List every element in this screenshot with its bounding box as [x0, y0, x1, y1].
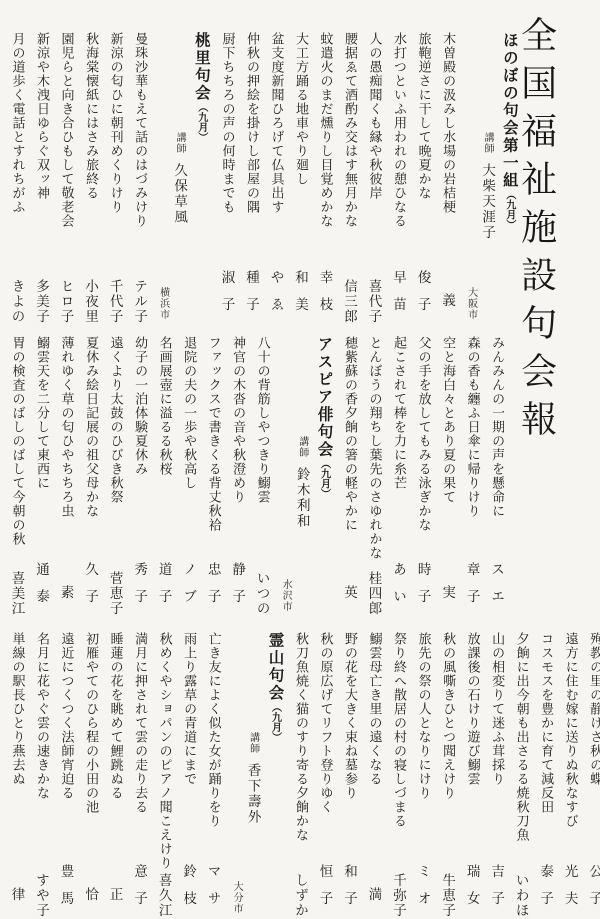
haiku-text: 鰯雲母亡き里の遠くなる [366, 632, 382, 786]
haiku-text: 初雁やてのひら程の小田の池 [83, 632, 99, 814]
section-month: （九月） [269, 702, 280, 742]
section-title: 桃里句会（九月） [192, 32, 210, 324]
lecturer-name: 香下壽外 [246, 754, 261, 825]
haiku-author: しずか [292, 873, 308, 918]
haiku-column: コスモスを豊かに育て減反田泰子 [538, 632, 554, 918]
haiku-text: 秋めくやショパンのピアノ聞こえけり [156, 632, 172, 870]
haiku-author: 瑞女 [464, 864, 480, 918]
haiku-text: 旅先の祭の人となりにけり [415, 632, 431, 800]
haiku-author: ヒロ子 [58, 279, 74, 324]
section-city: 水沢市 [280, 336, 292, 616]
title-column: 全国福祉施設句会報 [472, 0, 600, 618]
section-month: （九月） [319, 459, 330, 499]
haiku-author: 豊馬 [58, 864, 74, 918]
haiku-text: 仲秋の押絵を掛けし部屋の隅 [243, 32, 259, 214]
haiku-column: 木曽殿の汲みし水場の岩桔梗義 [440, 32, 456, 324]
haiku-column: 盆支度新聞ひろげて仏具出すやゑ [268, 32, 284, 324]
page-title: 全国福祉施設句会報 [514, 0, 557, 618]
haiku-text: 月の道歩く電話とすれちがふ [9, 32, 25, 214]
haiku-text: 腰据ゑて酒酌み交はす無月かな [342, 32, 358, 228]
haiku-text: 満月に押されて雲の走り去る [132, 632, 148, 814]
haiku-author: いわほ [513, 873, 529, 918]
haiku-author: 公子 [587, 864, 600, 918]
haiku-text: 遠近につくつく法師宵迫る [58, 632, 74, 800]
haiku-text: 大工方踊る地車やり廻し [292, 32, 308, 186]
section-month: （九月） [196, 102, 207, 142]
haiku-text: 鰯雲天を二分して東西に [34, 336, 50, 490]
haiku-column: とんぼうの翔ちし葉先のさゆれかな桂四郎 [366, 336, 382, 616]
haiku-text: 薄れゆく草の匂ひやちちろ虫 [58, 336, 74, 518]
haiku-text: 秋海棠懐紙にはさみ旅終る [83, 32, 99, 200]
haiku-column: 名画展壺に溢るる秋桜道子 [156, 336, 172, 616]
haiku-author: あい [391, 562, 407, 616]
top-region: ほのぼの句会第一組（九月）講師大柴天涯子大阪市木曽殿の汲みし水場の岩桔梗義旅鞄逆… [0, 0, 600, 618]
haiku-author: 久子 [83, 562, 99, 616]
haiku-author: 牛恵子 [440, 873, 456, 918]
haiku-author: 俊子 [415, 270, 431, 324]
haiku-author: 英 [342, 585, 358, 599]
haiku-author: やゑ [268, 270, 284, 324]
haiku-text: 水打つといふ用われの憩ひなる [391, 32, 407, 228]
haiku-text: 旅鞄逆さに干して晩夏かな [415, 32, 431, 200]
haiku-author: ミオ [415, 864, 431, 918]
haiku-text: 雨上り露草の青道にまで [181, 632, 197, 786]
haiku-author: 恒子 [317, 864, 333, 918]
haiku-text: 秋刀魚焼く猫のすり寄る夕餉かな [292, 632, 308, 842]
bulletin-page: ほのぼの句会第一組（九月）講師大柴天涯子大阪市木曽殿の汲みし水場の岩桔梗義旅鞄逆… [0, 0, 600, 919]
haiku-text: 神官の木沓の音や秋澄めり [230, 336, 246, 504]
haiku-text: 夏休み絵日記展の祖父母かな [83, 336, 99, 518]
haiku-text: 遠方に住む嫁に送りぬ秋なすび [562, 632, 578, 828]
haiku-text: 空と海白々とあり夏の果て [440, 336, 456, 504]
haiku-author: 時子 [415, 562, 431, 616]
haiku-author: 千弥子 [391, 873, 407, 918]
lecturer-label: 講師 [174, 132, 185, 154]
haiku-column: 秋の原広げてリフト登りゆく恒子 [317, 632, 333, 918]
haiku-column: 鰯雲天を二分して東西に通泰 [34, 336, 50, 616]
haiku-column: 遠くより太鼓のひびき秋祭菅恵子 [107, 336, 123, 616]
haiku-column: 秋めくやショパンのピアノ聞こえけり喜久江 [156, 632, 172, 918]
lecturer-line: 講師鈴木利和 [294, 336, 310, 616]
haiku-text: 胃の検査のばしのばして今朝の秋 [9, 336, 25, 546]
haiku-author: 種子 [243, 270, 259, 324]
haiku-author: 意子 [132, 864, 148, 918]
haiku-author: 秀子 [132, 562, 148, 616]
haiku-author: 忠子 [205, 562, 221, 616]
haiku-text: 退院の夫の一歩や秋高し [181, 336, 197, 490]
haiku-column: 水打つといふ用われの憩ひなる早苗 [391, 32, 407, 324]
haiku-author: 吉子 [489, 864, 505, 918]
haiku-column: 起こされて棒を力に糸芒あい [391, 336, 407, 616]
haiku-text: 木曽殿の汲みし水場の岩桔梗 [440, 32, 456, 214]
haiku-column: 亡き友によく似た女が踊りをりマサ [205, 632, 221, 918]
haiku-text: 殉教の里の静けさ秋の蝶 [587, 632, 600, 786]
haiku-author: 泰子 [538, 864, 554, 918]
haiku-column: 幼子の一泊体験夏休み秀子 [132, 336, 148, 616]
lecturer-name: 久保草風 [172, 154, 187, 225]
haiku-text: 新涼の匂ひに朝刊めくりけり [107, 32, 123, 214]
haiku-author: 静子 [230, 562, 246, 616]
haiku-column: 厨下ちちろの声の何時までも淑子 [219, 32, 235, 324]
haiku-column: 単線の駅長ひとり燕去ぬ律 [9, 632, 25, 918]
haiku-author: すや子 [34, 873, 50, 918]
section-title: アスピア俳句会（九月） [315, 336, 333, 616]
haiku-text: 夕餉に出今朝も出さるる焼秋刀魚 [513, 632, 529, 842]
section-city: 大分市 [231, 632, 243, 918]
haiku-author: マサ [205, 864, 221, 918]
haiku-author: 早苗 [391, 270, 407, 324]
section-title: 霊山句会（九月） [266, 632, 284, 918]
haiku-text: 穂紫蘇の香夕餉の箸の軽やかに [342, 336, 358, 532]
haiku-column: 秋海棠懐紙にはさみ旅終る小夜里 [83, 32, 99, 324]
lecturer-name: 鈴木利和 [295, 458, 310, 529]
haiku-column: 大工方踊る地車やり廻し和美 [292, 32, 308, 324]
haiku-text: 蚊遣火のまだ燻りし目覚めかな [317, 32, 333, 228]
haiku-text: 幼子の一泊体験夏休み [132, 336, 148, 476]
haiku-column: 空と海白々とあり夏の果て実 [440, 336, 456, 616]
haiku-text: 起こされて棒を力に糸芒 [391, 336, 407, 490]
haiku-author: 菅恵子 [107, 571, 123, 616]
haiku-column: 放課後の石けり遊び鰯雲瑞女 [464, 632, 480, 918]
section-city: 横浜市 [157, 32, 169, 324]
haiku-author: 義 [440, 293, 456, 307]
haiku-text: 秋の原広げてリフト登りゆく [317, 632, 333, 814]
haiku-author: ノブ [181, 562, 197, 616]
haiku-text: 盆支度新聞ひろげて仏具出す [268, 32, 284, 214]
haiku-column: 初雁やてのひら程の小田の池恰 [83, 632, 99, 918]
haiku-author: 多美子 [34, 279, 50, 324]
haiku-column: 秋の風嘶きひとつ聞えけり牛恵子 [440, 632, 456, 918]
haiku-column: 旅先の祭の人となりにけりミオ [415, 632, 431, 918]
haiku-column: 月の道歩く電話とすれちがふきよの [9, 32, 25, 324]
haiku-column: 仲秋の押絵を掛けし部屋の隅種子 [243, 32, 259, 324]
haiku-column: 蚊遣火のまだ燻りし目覚めかな幸枝 [317, 32, 333, 324]
haiku-author: 正 [107, 887, 123, 901]
haiku-column: 秋刀魚焼く猫のすり寄る夕餉かなしずか [292, 632, 308, 918]
lecturer-line: 講師香下壽外 [245, 632, 261, 918]
haiku-author: いつの [254, 571, 270, 616]
band-1: ほのぼの句会第一組（九月）講師大柴天涯子大阪市木曽殿の汲みし水場の岩桔梗義旅鞄逆… [0, 32, 518, 324]
haiku-column: 名月に花やぐ雲の速きかなすや子 [34, 632, 50, 918]
haiku-text: 曼珠沙華もえて話のはづみけり [132, 32, 148, 228]
haiku-text: 八十の背筋しやつきり鰯雲 [254, 336, 270, 504]
haiku-column: 新涼や木洩日ゆらぐ双ッ神多美子 [34, 32, 50, 324]
haiku-column: 新涼の匂ひに朝刊めくりけり千代子 [107, 32, 123, 324]
haiku-author: 桂四郎 [366, 571, 382, 616]
lecturer-line: 講師久保草風 [172, 32, 188, 324]
haiku-author: きよの [9, 279, 25, 324]
lecturer-label: 講師 [248, 732, 259, 754]
haiku-author: 光夫 [562, 864, 578, 918]
section-name: 霊山句会 [266, 632, 283, 702]
haiku-author: 和子 [342, 864, 358, 918]
haiku-author: 喜代子 [366, 279, 382, 324]
section-header: アスピア俳句会（九月）講師鈴木利和水沢市 [280, 336, 333, 616]
section-name: 桃里句会 [193, 32, 210, 102]
haiku-author: 信三郎 [342, 279, 358, 324]
haiku-column: 穂紫蘇の香夕餉の箸の軽やかに英 [342, 336, 358, 616]
haiku-column: 神官の木沓の音や秋澄めり静子 [230, 336, 246, 616]
haiku-column: 夕餉に出今朝も出さるる焼秋刀魚いわほ [513, 632, 529, 918]
haiku-author: 満 [366, 887, 382, 901]
band-3: 風化などさせてはならず原爆忌清人殉教の里の静けさ秋の蝶公子遠方に住む嫁に送りぬ秋… [0, 632, 600, 918]
haiku-column: 人の愚痴聞くも縁や秋彼岸喜代子 [366, 32, 382, 324]
haiku-column: 園児らと向き合ひもして敬老会ヒロ子 [58, 32, 74, 324]
haiku-text: 園児らと向き合ひもして敬老会 [58, 32, 74, 228]
lecturer-label: 講師 [297, 436, 308, 458]
haiku-author: 幸枝 [317, 270, 333, 324]
haiku-author: 鈴枝 [181, 864, 197, 918]
haiku-author: 律 [9, 887, 25, 901]
haiku-column: 遠方に住む嫁に送りぬ秋なすび光夫 [562, 632, 578, 918]
haiku-author: 通泰 [34, 562, 50, 616]
haiku-text: 放課後の石けり遊び鰯雲 [464, 632, 480, 786]
haiku-author: 和美 [292, 270, 308, 324]
haiku-column: ファックスで書きくる背丈秋袷忠子 [205, 336, 221, 616]
section-header: 桃里句会（九月）講師久保草風横浜市 [157, 32, 210, 324]
haiku-text: 名画展壺に溢るる秋桜 [156, 336, 172, 476]
haiku-text: 睡蓮の花を眺めて鯉跳ぬる [107, 632, 123, 800]
haiku-text: とんぼうの翔ちし葉先のさゆれかな [366, 336, 382, 560]
haiku-column: 鰯雲母亡き里の遠くなる満 [366, 632, 382, 918]
haiku-author: 喜久江 [156, 873, 172, 918]
haiku-text: 父の手を放してもみる泳ぎかな [415, 336, 431, 532]
haiku-author: 素 [58, 585, 74, 599]
haiku-bands-area: ほのぼの句会第一組（九月）講師大柴天涯子大阪市木曽殿の汲みし水場の岩桔梗義旅鞄逆… [0, 0, 472, 618]
haiku-text: コスモスを豊かに育て減反田 [538, 632, 554, 814]
haiku-column: 山の相変りて迷ふ茸採り吉子 [489, 632, 505, 918]
haiku-text: 名月に花やぐ雲の速きかな [34, 632, 50, 800]
haiku-author: 淑子 [219, 270, 235, 324]
haiku-author: 千代子 [107, 279, 123, 324]
haiku-author: 恰 [83, 887, 99, 901]
haiku-text: 亡き友によく似た女が踊りをり [205, 632, 221, 828]
haiku-text: 山の相変りて迷ふ茸採り [489, 632, 505, 786]
haiku-author: テル子 [132, 279, 148, 324]
haiku-column: 殉教の里の静けさ秋の蝶公子 [587, 632, 600, 918]
haiku-column: 薄れゆく草の匂ひやちちろ虫素 [58, 336, 74, 616]
haiku-author: 道子 [156, 562, 172, 616]
haiku-column: 胃の検査のばしのばして今朝の秋喜美江 [9, 336, 25, 616]
haiku-column: 夏休み絵日記展の祖父母かな久子 [83, 336, 99, 616]
section-name: アスピア俳句会 [316, 336, 333, 459]
haiku-text: ファックスで書きくる背丈秋袷 [205, 336, 221, 532]
haiku-column: 腰据ゑて酒酌み交はす無月かな信三郎 [342, 32, 358, 324]
haiku-column: 睡蓮の花を眺めて鯉跳ぬる正 [107, 632, 123, 918]
haiku-text: 祭り終へ散居の村の寝しづまる [391, 632, 407, 828]
haiku-text: 厨下ちちろの声の何時までも [219, 32, 235, 214]
section-header: 霊山句会（九月）講師香下壽外大分市 [231, 632, 284, 918]
haiku-column: 旅鞄逆さに干して晩夏かな俊子 [415, 32, 431, 324]
haiku-text: 野の花を大きく束ね墓参り [342, 632, 358, 800]
haiku-column: 父の手を放してもみる泳ぎかな時子 [415, 336, 431, 616]
haiku-column: 曼珠沙華もえて話のはづみけりテル子 [132, 32, 148, 324]
haiku-text: 秋の風嘶きひとつ聞えけり [440, 632, 456, 800]
haiku-column: 野の花を大きく束ね墓参り和子 [342, 632, 358, 918]
haiku-text: 遠くより太鼓のひびき秋祭 [107, 336, 123, 504]
band-2: みんみんの一期の声を懸命にスエ森の香も纏ふ日傘に帰りけり章子空と海白々とあり夏の… [0, 336, 504, 616]
haiku-column: 雨上り露草の青道にまで鈴枝 [181, 632, 197, 918]
haiku-column: 満月に押されて雲の走り去る意子 [132, 632, 148, 918]
haiku-author: 小夜里 [83, 279, 99, 324]
haiku-column: 祭り終へ散居の村の寝しづまる千弥子 [391, 632, 407, 918]
haiku-text: 単線の駅長ひとり燕去ぬ [9, 632, 25, 786]
haiku-column: 退院の夫の一歩や秋高しノブ [181, 336, 197, 616]
haiku-column: 遠近につくつく法師宵迫る豊馬 [58, 632, 74, 918]
haiku-author: 喜美江 [9, 571, 25, 616]
haiku-text: 人の愚痴聞くも縁や秋彼岸 [366, 32, 382, 200]
haiku-author: 実 [440, 585, 456, 599]
haiku-text: 新涼や木洩日ゆらぐ双ッ神 [34, 32, 50, 200]
haiku-column: 八十の背筋しやつきり鰯雲いつの [254, 336, 270, 616]
